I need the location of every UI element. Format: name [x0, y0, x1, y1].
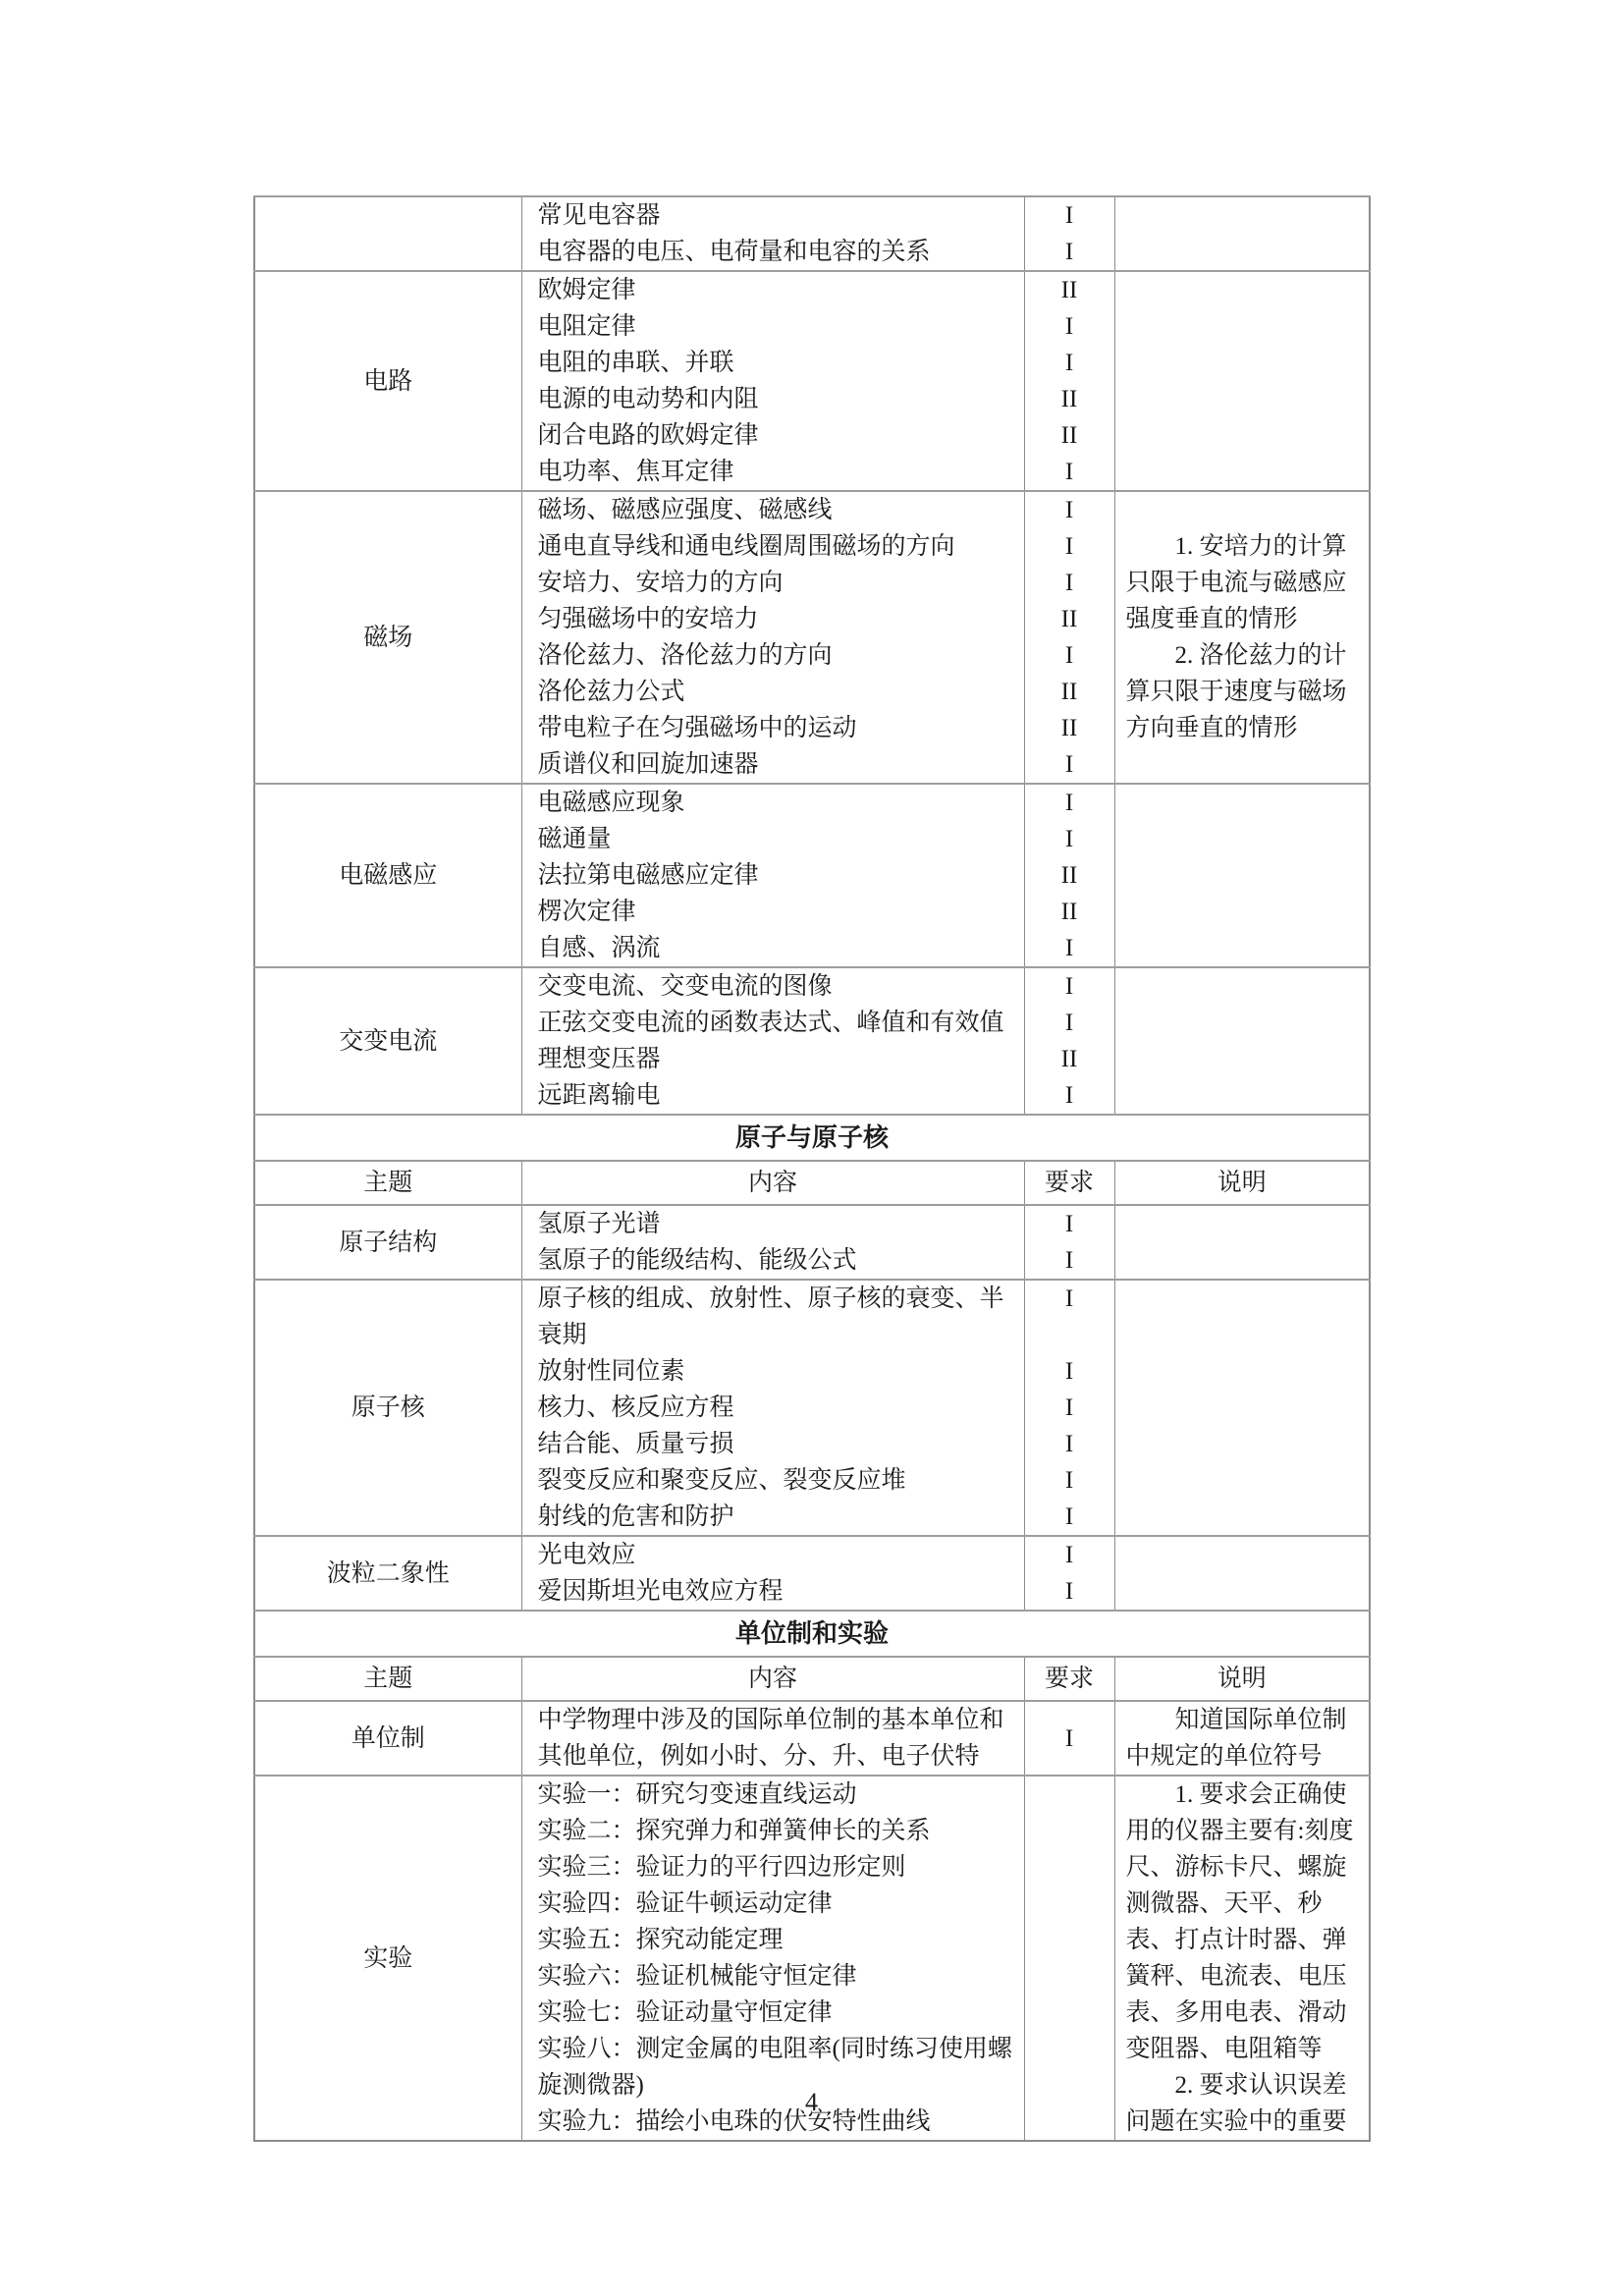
- note-cell: [1114, 196, 1370, 271]
- content-cell: 磁通量: [521, 821, 1024, 857]
- table-row: 原子核原子核的组成、放射性、原子核的衰变、半衰期I: [254, 1280, 1370, 1353]
- requirement-cell: I: [1024, 454, 1114, 491]
- column-header-2: 内容: [521, 1657, 1024, 1701]
- content-cell: 裂变反应和聚变反应、裂变反应堆: [521, 1462, 1024, 1499]
- requirement-cell: [1024, 1922, 1114, 1958]
- content-cell: 实验六：验证机械能守恒定律: [521, 1958, 1024, 1995]
- topic-cell: [254, 196, 521, 271]
- table-row: 波粒二象性光电效应I: [254, 1536, 1370, 1573]
- requirement-cell: I: [1024, 637, 1114, 674]
- requirement-cell: I: [1024, 1280, 1114, 1353]
- syllabus-table-body: 常见电容器I电容器的电压、电荷量和电容的关系I电路欧姆定律II电阻定律I电阻的串…: [254, 196, 1370, 2141]
- requirement-cell: I: [1024, 491, 1114, 528]
- requirement-cell: I: [1024, 1390, 1114, 1426]
- content-cell: 安培力、安培力的方向: [521, 565, 1024, 601]
- requirement-cell: II: [1024, 857, 1114, 894]
- requirement-cell: I: [1024, 1005, 1114, 1041]
- table-row: 单位制中学物理中涉及的国际单位制的基本单位和其他单位，例如小时、分、升、电子伏特…: [254, 1701, 1370, 1776]
- column-header-row: 主题内容要求说明: [254, 1657, 1370, 1701]
- requirement-cell: I: [1024, 345, 1114, 381]
- content-cell: 常见电容器: [521, 196, 1024, 234]
- requirement-cell: II: [1024, 674, 1114, 710]
- table-row: 电磁感应电磁感应现象I: [254, 784, 1370, 821]
- requirement-cell: II: [1024, 271, 1114, 308]
- note-cell: [1114, 1205, 1370, 1280]
- note-cell: [1114, 1280, 1370, 1536]
- requirement-cell: I: [1024, 528, 1114, 565]
- table-row: 磁场磁场、磁感应强度、磁感线I1. 安培力的计算只限于电流与磁感应强度垂直的情形…: [254, 491, 1370, 528]
- content-cell: 电容器的电压、电荷量和电容的关系: [521, 234, 1024, 271]
- section-title: 原子与原子核: [254, 1115, 1370, 1161]
- content-cell: 电磁感应现象: [521, 784, 1024, 821]
- requirement-cell: I: [1024, 308, 1114, 345]
- content-cell: 洛伦兹力、洛伦兹力的方向: [521, 637, 1024, 674]
- note-cell: [1114, 1536, 1370, 1611]
- content-cell: 带电粒子在匀强磁场中的运动: [521, 710, 1024, 746]
- note-paragraph: 2. 洛伦兹力的计算只限于速度与磁场方向垂直的情形: [1126, 637, 1359, 746]
- requirement-cell: II: [1024, 381, 1114, 417]
- content-cell: 实验一：研究匀变速直线运动: [521, 1776, 1024, 1813]
- requirement-cell: I: [1024, 1353, 1114, 1390]
- requirement-cell: II: [1024, 601, 1114, 637]
- content-cell: 光电效应: [521, 1536, 1024, 1573]
- column-header-1: 主题: [254, 1657, 521, 1701]
- section-row: 单位制和实验: [254, 1611, 1370, 1657]
- column-header-1: 主题: [254, 1161, 521, 1205]
- content-cell: 核力、核反应方程: [521, 1390, 1024, 1426]
- topic-cell: 磁场: [254, 491, 521, 784]
- requirement-cell: [1024, 1958, 1114, 1995]
- content-cell: 氢原子光谱: [521, 1205, 1024, 1242]
- content-cell: 电阻的串联、并联: [521, 345, 1024, 381]
- table-row: 原子结构氢原子光谱I: [254, 1205, 1370, 1242]
- content-cell: 实验四：验证牛顿运动定律: [521, 1886, 1024, 1922]
- requirement-cell: [1024, 1849, 1114, 1886]
- document-page: 常见电容器I电容器的电压、电荷量和电容的关系I电路欧姆定律II电阻定律I电阻的串…: [0, 0, 1623, 2296]
- requirement-cell: I: [1024, 1462, 1114, 1499]
- section-title: 单位制和实验: [254, 1611, 1370, 1657]
- content-cell: 交变电流、交变电流的图像: [521, 967, 1024, 1005]
- topic-cell: 原子结构: [254, 1205, 521, 1280]
- content-cell: 法拉第电磁感应定律: [521, 857, 1024, 894]
- content-cell: 结合能、质量亏损: [521, 1426, 1024, 1462]
- content-cell: 氢原子的能级结构、能级公式: [521, 1242, 1024, 1280]
- requirement-cell: [1024, 1995, 1114, 2031]
- content-cell: 放射性同位素: [521, 1353, 1024, 1390]
- content-cell: 电阻定律: [521, 308, 1024, 345]
- content-cell: 实验七：验证动量守恒定律: [521, 1995, 1024, 2031]
- table-row: 交变电流交变电流、交变电流的图像I: [254, 967, 1370, 1005]
- note-paragraph: 知道国际单位制中规定的单位符号: [1126, 1702, 1359, 1775]
- content-cell: 实验三：验证力的平行四边形定则: [521, 1849, 1024, 1886]
- note-cell: [1114, 967, 1370, 1115]
- requirement-cell: I: [1024, 565, 1114, 601]
- requirement-cell: I: [1024, 1536, 1114, 1573]
- requirement-cell: I: [1024, 746, 1114, 784]
- requirement-cell: I: [1024, 967, 1114, 1005]
- requirement-cell: I: [1024, 1205, 1114, 1242]
- topic-cell: 电路: [254, 271, 521, 491]
- content-cell: 远距离输电: [521, 1077, 1024, 1115]
- requirement-cell: I: [1024, 1499, 1114, 1536]
- page-number: 4: [0, 2084, 1623, 2121]
- table-row: 实验实验一：研究匀变速直线运动1. 要求会正确使用的仪器主要有:刻度尺、游标卡尺…: [254, 1776, 1370, 1813]
- note-paragraph: 1. 要求会正确使用的仪器主要有:刻度尺、游标卡尺、螺旋测微器、天平、秒表、打点…: [1126, 1777, 1359, 2067]
- content-cell: 爱因斯坦光电效应方程: [521, 1573, 1024, 1611]
- requirement-cell: [1024, 1813, 1114, 1849]
- requirement-cell: I: [1024, 1077, 1114, 1115]
- requirement-cell: II: [1024, 417, 1114, 454]
- requirement-cell: [1024, 1886, 1114, 1922]
- content-cell: 实验二：探究弹力和弹簧伸长的关系: [521, 1813, 1024, 1849]
- topic-cell: 交变电流: [254, 967, 521, 1115]
- topic-cell: 波粒二象性: [254, 1536, 521, 1611]
- requirement-cell: II: [1024, 894, 1114, 930]
- content-cell: 电功率、焦耳定律: [521, 454, 1024, 491]
- content-cell: 中学物理中涉及的国际单位制的基本单位和其他单位，例如小时、分、升、电子伏特: [521, 1701, 1024, 1776]
- requirement-cell: II: [1024, 710, 1114, 746]
- content-cell: 正弦交变电流的函数表达式、峰值和有效值: [521, 1005, 1024, 1041]
- column-header-2: 内容: [521, 1161, 1024, 1205]
- column-header-4: 说明: [1114, 1657, 1370, 1701]
- requirement-cell: I: [1024, 196, 1114, 234]
- topic-cell: 原子核: [254, 1280, 521, 1536]
- content-cell: 磁场、磁感应强度、磁感线: [521, 491, 1024, 528]
- content-cell: 电源的电动势和内阻: [521, 381, 1024, 417]
- note-cell: [1114, 271, 1370, 491]
- requirement-cell: I: [1024, 234, 1114, 271]
- content-cell: 欧姆定律: [521, 271, 1024, 308]
- requirement-cell: II: [1024, 1041, 1114, 1077]
- note-cell: 知道国际单位制中规定的单位符号: [1114, 1701, 1370, 1776]
- table-row: 电路欧姆定律II: [254, 271, 1370, 308]
- requirement-cell: I: [1024, 930, 1114, 967]
- requirement-cell: I: [1024, 1701, 1114, 1776]
- content-cell: 实验五：探究动能定理: [521, 1922, 1024, 1958]
- note-paragraph: 1. 安培力的计算只限于电流与磁感应强度垂直的情形: [1126, 528, 1359, 637]
- syllabus-table: 常见电容器I电容器的电压、电荷量和电容的关系I电路欧姆定律II电阻定律I电阻的串…: [253, 195, 1371, 2142]
- requirement-cell: I: [1024, 784, 1114, 821]
- requirement-cell: I: [1024, 821, 1114, 857]
- content-cell: 洛伦兹力公式: [521, 674, 1024, 710]
- column-header-row: 主题内容要求说明: [254, 1161, 1370, 1205]
- content-cell: 原子核的组成、放射性、原子核的衰变、半衰期: [521, 1280, 1024, 1353]
- content-cell: 自感、涡流: [521, 930, 1024, 967]
- table-row: 常见电容器I: [254, 196, 1370, 234]
- topic-cell: 单位制: [254, 1701, 521, 1776]
- column-header-4: 说明: [1114, 1161, 1370, 1205]
- requirement-cell: I: [1024, 1573, 1114, 1611]
- column-header-3: 要求: [1024, 1161, 1114, 1205]
- requirement-cell: [1024, 1776, 1114, 1813]
- column-header-3: 要求: [1024, 1657, 1114, 1701]
- content-cell: 质谱仪和回旋加速器: [521, 746, 1024, 784]
- content-cell: 闭合电路的欧姆定律: [521, 417, 1024, 454]
- content-cell: 理想变压器: [521, 1041, 1024, 1077]
- content-cell: 匀强磁场中的安培力: [521, 601, 1024, 637]
- content-cell: 楞次定律: [521, 894, 1024, 930]
- content-cell: 通电直导线和通电线圈周围磁场的方向: [521, 528, 1024, 565]
- topic-cell: 电磁感应: [254, 784, 521, 967]
- requirement-cell: I: [1024, 1426, 1114, 1462]
- content-cell: 射线的危害和防护: [521, 1499, 1024, 1536]
- note-cell: [1114, 784, 1370, 967]
- requirement-cell: I: [1024, 1242, 1114, 1280]
- note-cell: 1. 安培力的计算只限于电流与磁感应强度垂直的情形2. 洛伦兹力的计算只限于速度…: [1114, 491, 1370, 784]
- section-row: 原子与原子核: [254, 1115, 1370, 1161]
